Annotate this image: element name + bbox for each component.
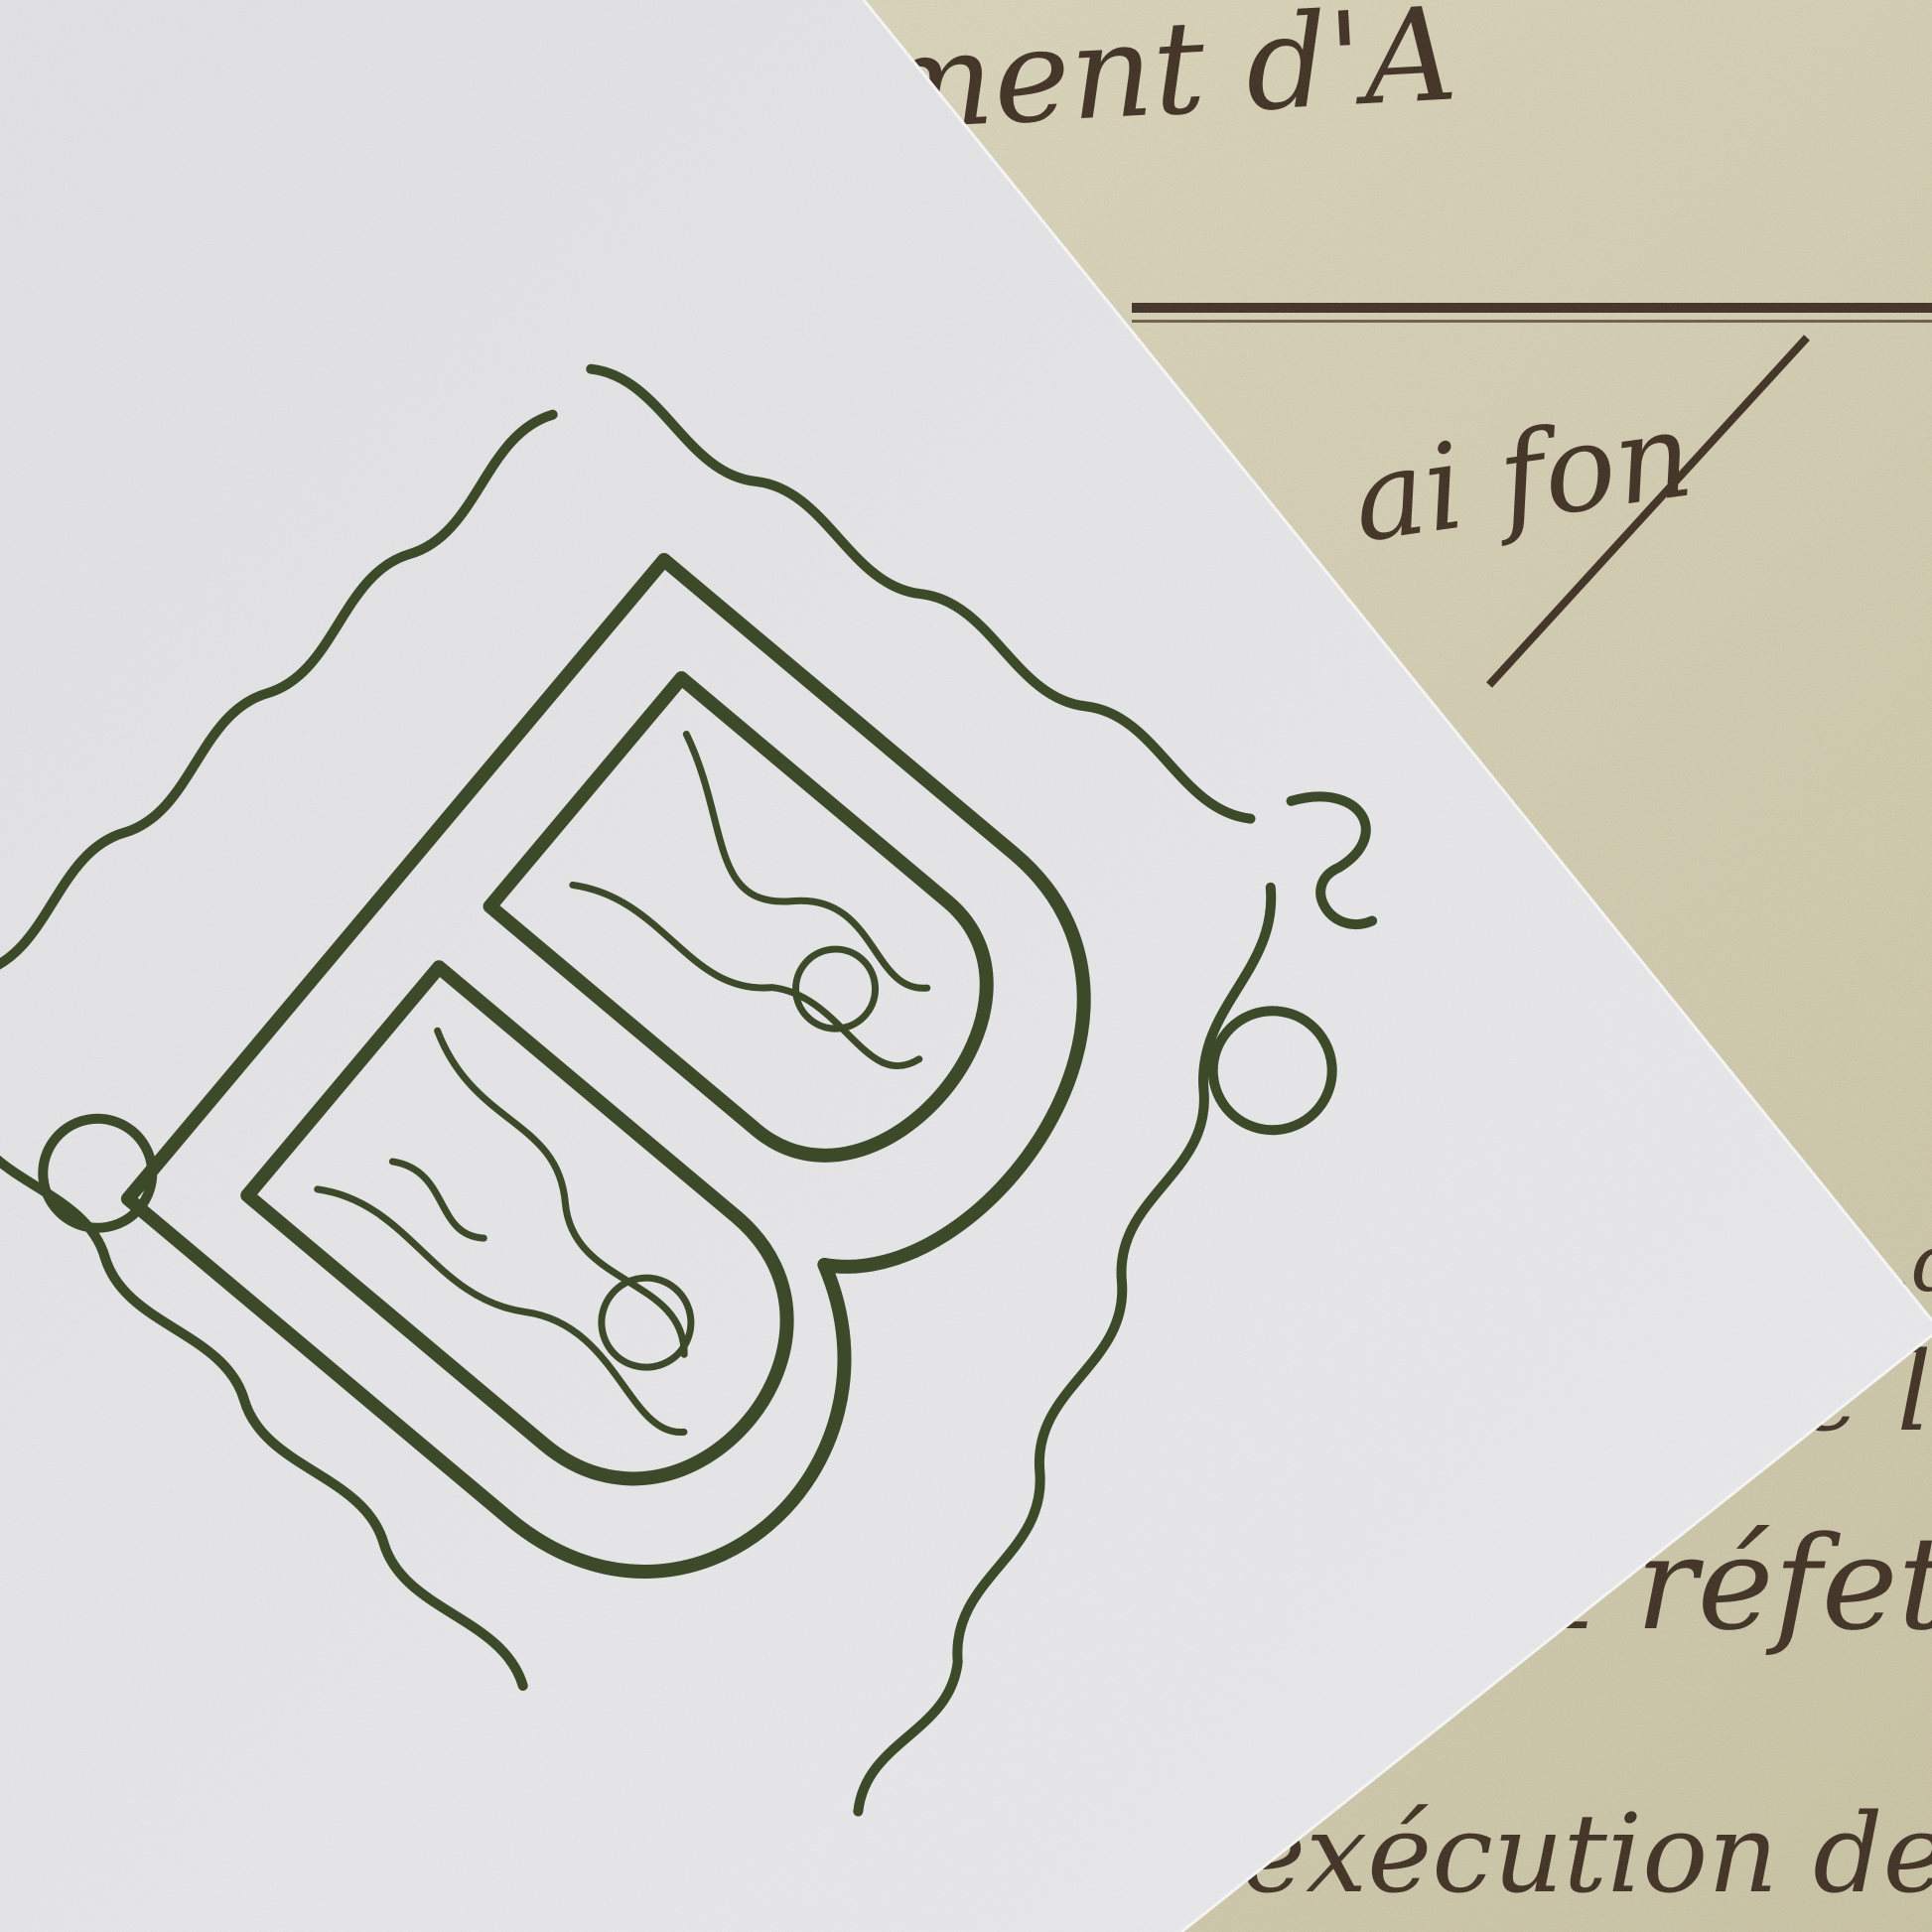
handwriting-line: exécution de la loi <box>1241 1790 1932 1917</box>
photo-scene: ment d'A ai fon ...de de la Préfet exécu… <box>0 0 1932 1932</box>
ruled-line <box>1132 303 1932 313</box>
